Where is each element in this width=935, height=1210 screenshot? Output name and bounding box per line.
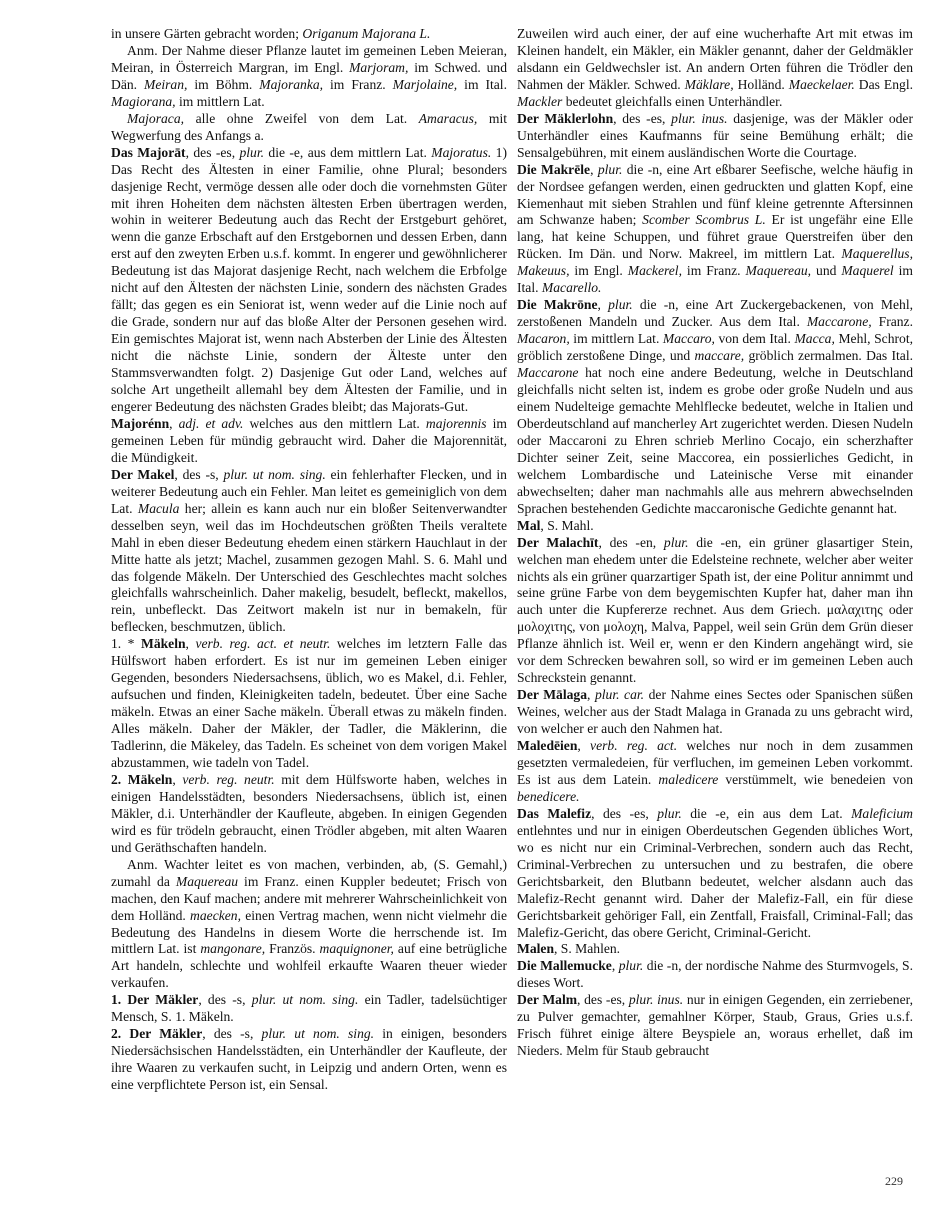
italic-term: majoren­nis bbox=[426, 416, 487, 431]
italic-term: maquignoner, bbox=[320, 941, 394, 956]
italic-term: Mackerel, bbox=[628, 263, 682, 278]
entry-text: , des -es, bbox=[577, 992, 629, 1007]
italic-term: Marjoram, bbox=[349, 60, 408, 75]
italic-term: Amaracus, bbox=[419, 111, 478, 126]
italic-term: plur. ut nom. sing. bbox=[262, 1026, 375, 1041]
headword: Der Malachīt bbox=[517, 535, 598, 550]
italic-term: plur. bbox=[608, 297, 633, 312]
entry-text: , bbox=[612, 958, 619, 973]
italic-term: plur. inus. bbox=[629, 992, 683, 1007]
dictionary-entry: Maledēien, verb. reg. act. welches nur n… bbox=[517, 738, 913, 806]
dictionary-entry: Malen, S. Mahlen. bbox=[517, 941, 913, 958]
italic-term: Maccaro, bbox=[663, 331, 715, 346]
entry-text: die -en, ein grüner glasartiger Stein, w… bbox=[517, 535, 913, 686]
entry-text: und bbox=[811, 263, 841, 278]
entry-text: , bbox=[590, 162, 598, 177]
italic-term: adj. et adv. bbox=[179, 416, 244, 431]
entry-text: Holländ. bbox=[734, 77, 789, 92]
dictionary-entry: 1. Der Mäkler, des -s, plur. ut nom. sin… bbox=[111, 992, 507, 1026]
italic-term: Macaron, bbox=[517, 331, 570, 346]
italic-term: plur. bbox=[239, 145, 264, 160]
headword: Der Mālaga bbox=[517, 687, 587, 702]
italic-term: benedicere. bbox=[517, 789, 580, 804]
italic-term: plur. inus. bbox=[671, 111, 727, 126]
dictionary-entry: Die Makrōne, plur. die -n, eine Art Zuck… bbox=[517, 297, 913, 517]
dictionary-entry: Anm. Der Nahme dieser Pflanze lautet im … bbox=[111, 43, 507, 111]
dictionary-entry: Majoraca, alle ohne Zweifel von dem Lat.… bbox=[111, 111, 507, 145]
italic-term: Maquereau, bbox=[746, 263, 812, 278]
headword: Mäkeln bbox=[141, 636, 186, 651]
italic-term: Maquerel bbox=[841, 263, 893, 278]
italic-term: Macarello. bbox=[542, 280, 602, 295]
headword: Majorénn bbox=[111, 416, 169, 431]
entry-text: welches im letztern Falle das Hülfswort … bbox=[111, 636, 507, 770]
headword: Malen bbox=[517, 941, 554, 956]
entry-text: die -e, ein aus dem Lat. bbox=[682, 806, 851, 821]
entry-text: , bbox=[169, 416, 178, 431]
dictionary-entry: Majorénn, adj. et adv. welches aus den m… bbox=[111, 416, 507, 467]
dictionary-entry: Der Malachīt, des -en, plur. die -en, ei… bbox=[517, 535, 913, 688]
italic-term: plur. ut nom. sing. bbox=[252, 992, 359, 1007]
entry-text: gröblich zermalmen. Das Ital. bbox=[744, 348, 913, 363]
entry-text: verstümmelt, wie benedeien von bbox=[718, 772, 913, 787]
italic-term: Ma­joratus. bbox=[431, 145, 491, 160]
entry-text: her; allein es kann auch nur ein bloßer … bbox=[111, 501, 507, 635]
italic-term: plur. bbox=[598, 162, 623, 177]
dictionary-entry: Der Mālaga, plur. car. der Nahme eines S… bbox=[517, 687, 913, 738]
right-column: Zuweilen wird auch einer, der auf eine w… bbox=[517, 26, 913, 1060]
headword: Das Majorāt bbox=[111, 145, 186, 160]
italic-term: plur. bbox=[657, 806, 682, 821]
entry-text: Französ. bbox=[265, 941, 319, 956]
dictionary-entry: Das Malefiz, des -es, plur. die -e, ein … bbox=[517, 806, 913, 942]
italic-term: plur. bbox=[664, 535, 689, 550]
entry-text: , bbox=[577, 738, 590, 753]
italic-term: plur. bbox=[619, 958, 644, 973]
entry-text: 1) Das Recht des Ältesten in einer Famil… bbox=[111, 145, 507, 414]
italic-term: Macca­rone, bbox=[807, 314, 872, 329]
italic-term: maccare, bbox=[695, 348, 745, 363]
entry-text: , des -s, bbox=[202, 1026, 261, 1041]
italic-term: Maquereau bbox=[176, 874, 238, 889]
italic-term: Majoranka, bbox=[259, 77, 323, 92]
italic-term: plur. ut nom. sing. bbox=[223, 467, 325, 482]
italic-term: Macula bbox=[138, 501, 180, 516]
headword: Der Makel bbox=[111, 467, 174, 482]
italic-term: verb. reg. act. bbox=[590, 738, 677, 753]
entry-text: , S. Mahlen. bbox=[554, 941, 620, 956]
entry-text: Das Engl. bbox=[855, 77, 913, 92]
entry-text: , bbox=[597, 297, 608, 312]
entry-text: , S. Mahl. bbox=[540, 518, 593, 533]
entry-text: die -e, aus dem mittlern Lat. bbox=[264, 145, 431, 160]
entry-text: im mittlern Lat. bbox=[570, 331, 663, 346]
italic-term: Scomber Scombrus L. bbox=[642, 212, 766, 227]
italic-term: plur. car. bbox=[595, 687, 644, 702]
headword: 2. Mäkeln bbox=[111, 772, 172, 787]
dictionary-entry: 2. Der Mäkler, des -s, plur. ut nom. sin… bbox=[111, 1026, 507, 1094]
entry-text: welches aus den mittlern Lat. bbox=[243, 416, 426, 431]
dictionary-entry: Der Malm, des -es, plur. inus. nur in ei… bbox=[517, 992, 913, 1060]
dictionary-entry: Zuweilen wird auch einer, der auf eine w… bbox=[517, 26, 913, 111]
entry-text: im mittlern Lat. bbox=[176, 94, 265, 109]
italic-term: verb. reg. neutr. bbox=[182, 772, 274, 787]
headword: Die Makrēle bbox=[517, 162, 590, 177]
entry-text: , bbox=[186, 636, 196, 651]
italic-term: mango­nare, bbox=[200, 941, 265, 956]
headword: 2. Der Mäkler bbox=[111, 1026, 202, 1041]
headword: Die Makrōne bbox=[517, 297, 597, 312]
entry-text: von dem Ital. bbox=[715, 331, 795, 346]
italic-term: Magiorana, bbox=[111, 94, 176, 109]
left-column: in unsere Gärten gebracht worden; Origan… bbox=[111, 26, 507, 1094]
dictionary-entry: Der Mäklerlohn, des -es, plur. inus. das… bbox=[517, 111, 913, 162]
headword: Die Mallemucke bbox=[517, 958, 612, 973]
dictionary-entry: 1. * Mäkeln, verb. reg. act. et neutr. w… bbox=[111, 636, 507, 772]
entry-text: im Böhm. bbox=[187, 77, 259, 92]
dictionary-entry: Mal, S. Mahl. bbox=[517, 518, 913, 535]
entry-text: , des -es, bbox=[186, 145, 240, 160]
italic-term: Majoraca, bbox=[127, 111, 184, 126]
italic-term: Origanum Majorana L. bbox=[302, 26, 430, 41]
italic-term: Macca, bbox=[794, 331, 834, 346]
dictionary-page: in unsere Gärten gebracht worden; Origan… bbox=[0, 0, 935, 1210]
entry-text: alle ohne Zweifel von dem Lat. bbox=[184, 111, 419, 126]
dictionary-entry: Der Makel, des -s, plur. ut nom. sing. e… bbox=[111, 467, 507, 637]
entry-text: bedeutet gleichfalls einen Unterhändler. bbox=[562, 94, 782, 109]
entry-text: im Engl. bbox=[569, 263, 627, 278]
italic-term: Maeckelaer. bbox=[789, 77, 855, 92]
entry-text: hat noch eine andere Bedeutung, welche i… bbox=[517, 365, 913, 516]
entry-text: in unsere Gärten gebracht worden; bbox=[111, 26, 302, 41]
entry-text: entlehntes und nur in einigen Oberdeutsc… bbox=[517, 823, 913, 940]
entry-text: , des -es, bbox=[591, 806, 657, 821]
headword: Der Mäklerlohn bbox=[517, 111, 613, 126]
entry-text: im Franz. bbox=[682, 263, 746, 278]
italic-term: maecken, bbox=[190, 908, 241, 923]
italic-term: Maleficium bbox=[851, 806, 913, 821]
page-number: 229 bbox=[885, 1174, 903, 1189]
entry-text: Franz. bbox=[872, 314, 913, 329]
dictionary-entry: Die Makrēle, plur. die -n, eine Art eßba… bbox=[517, 162, 913, 298]
dictionary-entry: in unsere Gärten gebracht worden; Origan… bbox=[111, 26, 507, 43]
entry-text: , des -s, bbox=[198, 992, 251, 1007]
entry-text: 1. * bbox=[111, 636, 141, 651]
entry-text: , bbox=[587, 687, 595, 702]
italic-term: Mackler bbox=[517, 94, 562, 109]
italic-term: verb. reg. act. et neutr. bbox=[195, 636, 330, 651]
italic-term: Marjolaine, bbox=[393, 77, 458, 92]
dictionary-entry: 2. Mäkeln, verb. reg. neutr. mit dem Hül… bbox=[111, 772, 507, 857]
headword: Der Malm bbox=[517, 992, 577, 1007]
italic-term: Maccarone bbox=[517, 365, 578, 380]
dictionary-entry: Anm. Wachter leitet es von machen, verbi… bbox=[111, 857, 507, 993]
entry-text: , des -es, bbox=[613, 111, 671, 126]
italic-term: Mäklare, bbox=[685, 77, 734, 92]
headword: Maledēien bbox=[517, 738, 577, 753]
headword: 1. Der Mäkler bbox=[111, 992, 198, 1007]
entry-text: , des -s, bbox=[174, 467, 223, 482]
entry-text: im Ital. bbox=[457, 77, 507, 92]
headword: Mal bbox=[517, 518, 540, 533]
entry-text: , des -en, bbox=[598, 535, 663, 550]
italic-term: maledicere bbox=[658, 772, 718, 787]
italic-term: Meiran, bbox=[144, 77, 187, 92]
entry-text: im Franz. bbox=[323, 77, 393, 92]
entry-text: , bbox=[172, 772, 182, 787]
headword: Das Malefiz bbox=[517, 806, 591, 821]
dictionary-entry: Das Majorāt, des -es, plur. die -e, aus … bbox=[111, 145, 507, 416]
dictionary-entry: Die Mallemucke, plur. die -n, der nordis… bbox=[517, 958, 913, 992]
